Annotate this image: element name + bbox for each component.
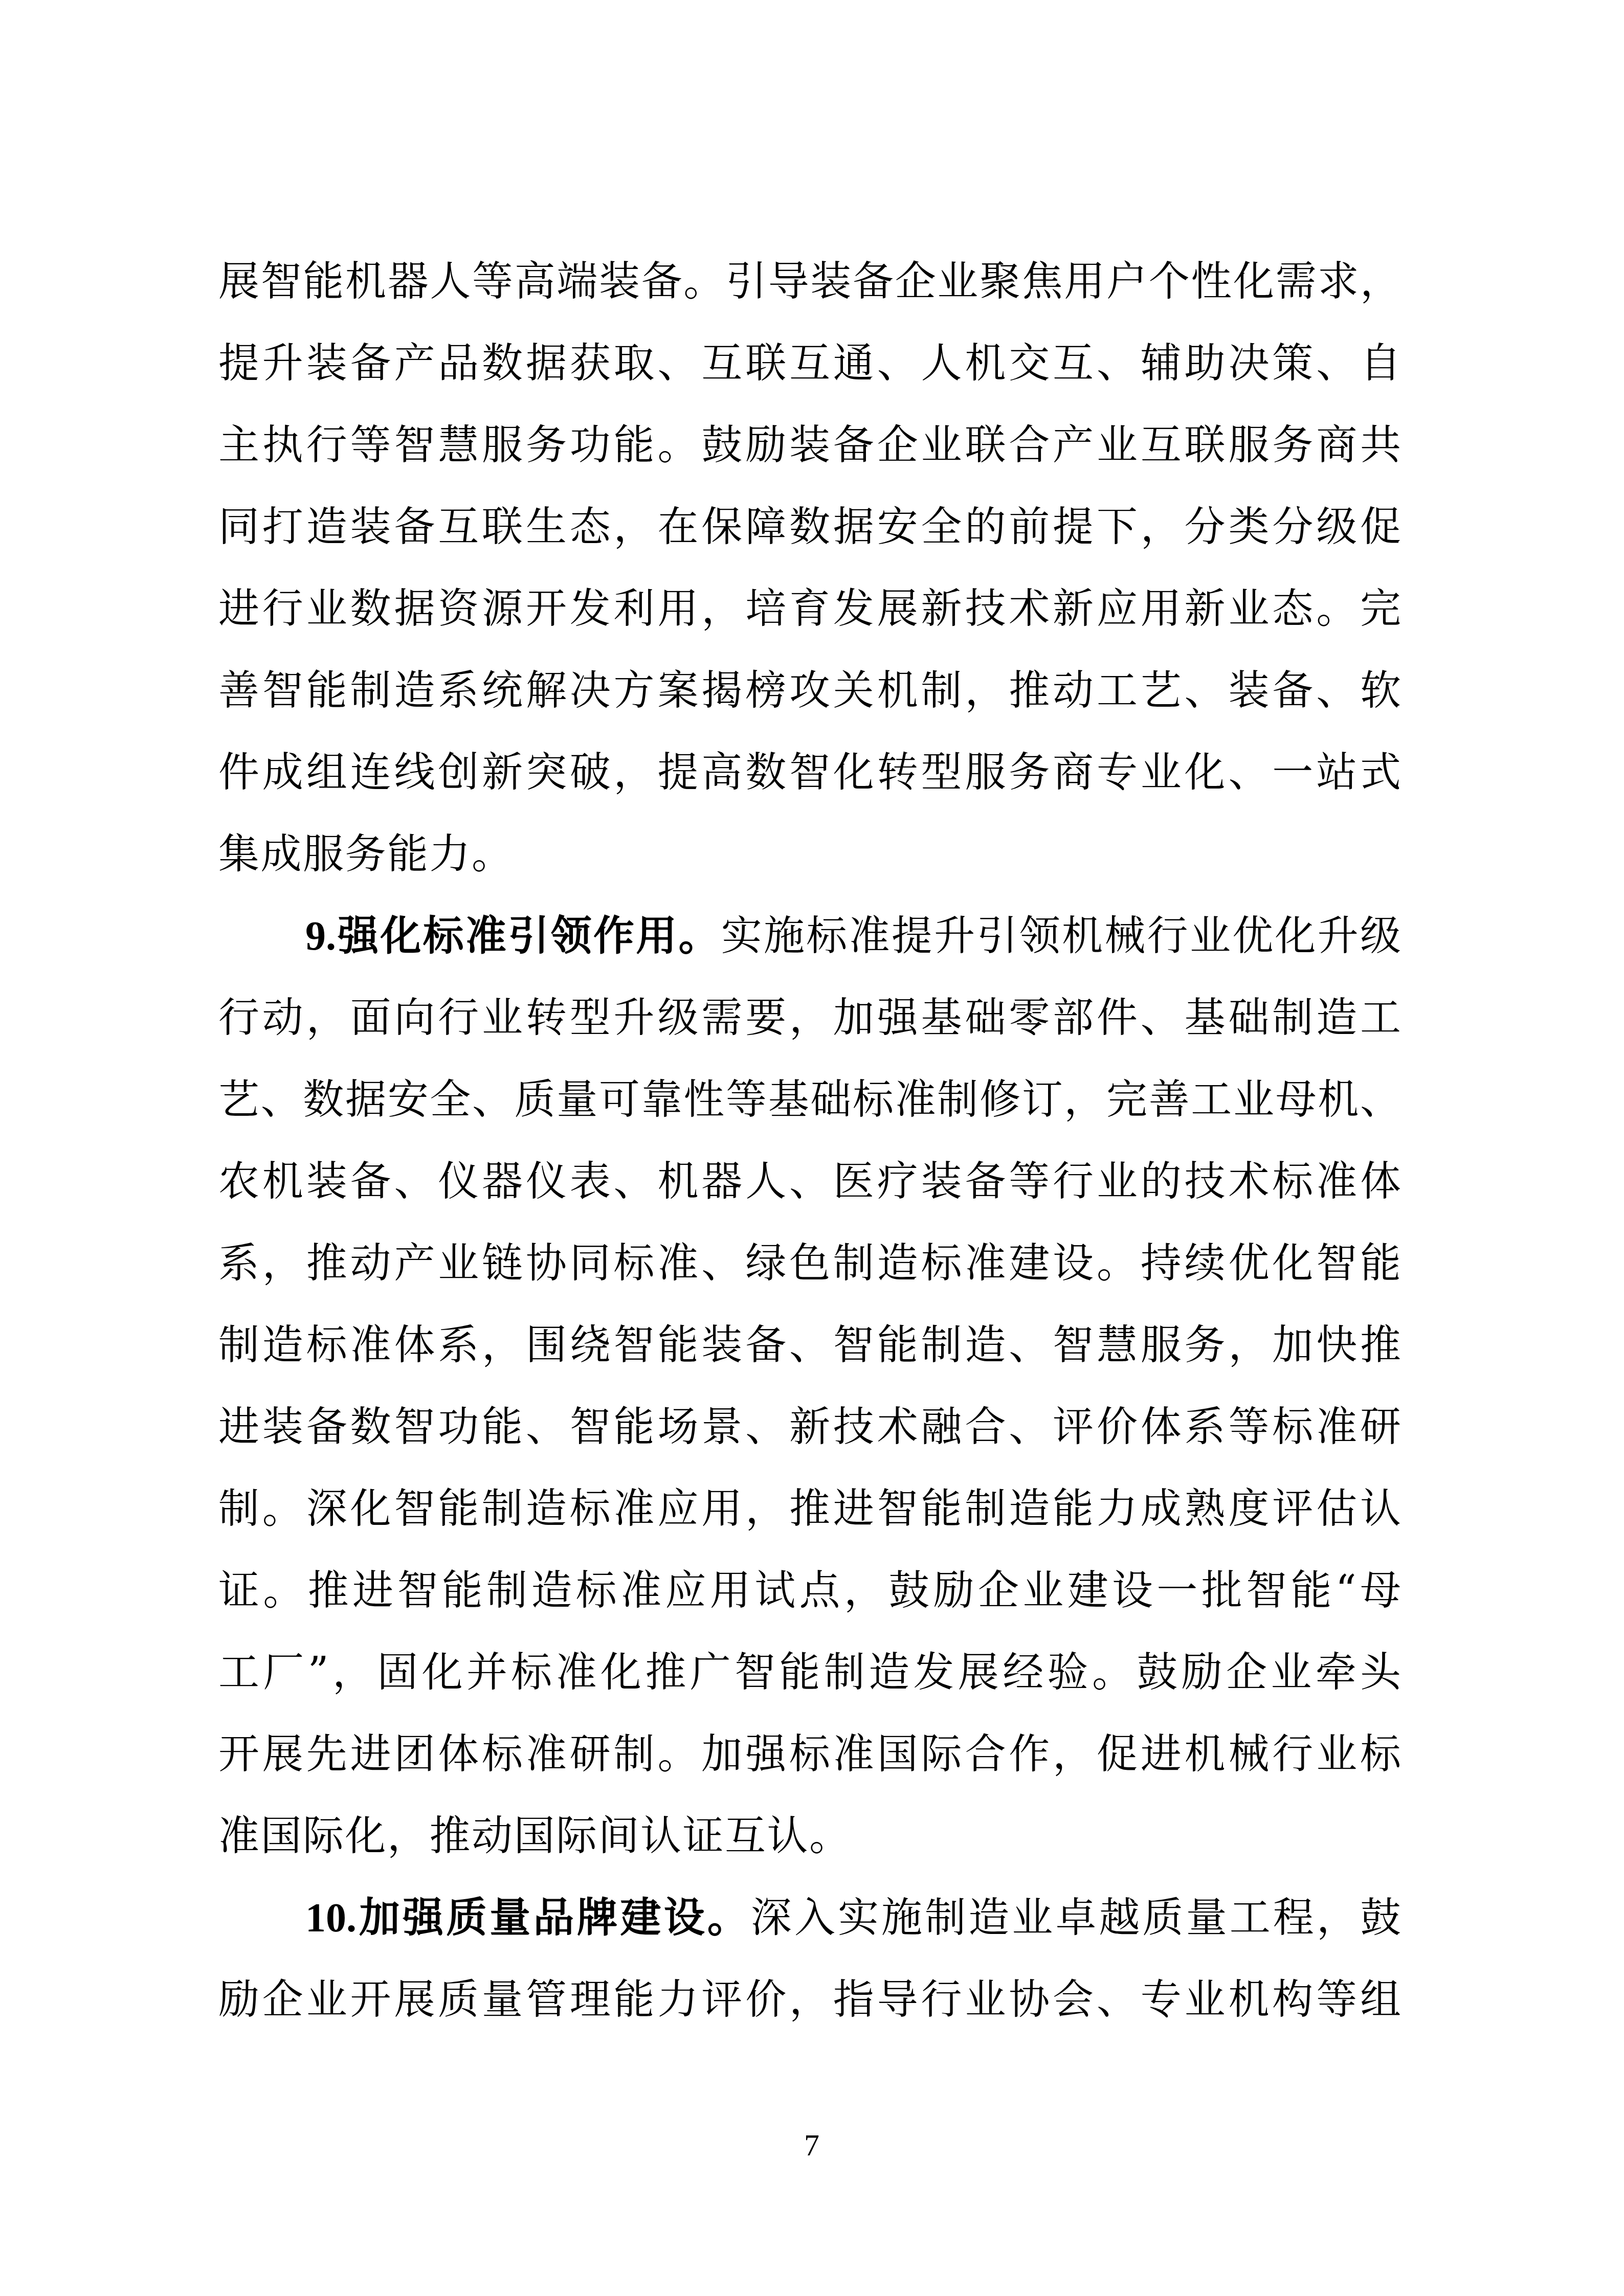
text-line: 制。深化智能制造标准应用，推进智能制造能力成熟度评估认 — [218, 1483, 1401, 1534]
text-line: 证。推进智能制造标准应用试点，鼓励企业建设一批智能“母 — [218, 1565, 1401, 1616]
text-line: 制造标准体系，围绕智能装备、智能制造、智慧服务，加快推 — [218, 1319, 1401, 1370]
section-heading-9: 9.强化标准引领作用。 — [305, 914, 721, 959]
text-line-with-heading: 10.加强质量品牌建设。深入实施制造业卓越质量工程，鼓 — [305, 1892, 1401, 1943]
text-line: 准国际化，推动国际间认证互认。 — [218, 1810, 1401, 1861]
text-line: 农机装备、仪器仪表、机器人、医疗装备等行业的技术标准体 — [218, 1156, 1401, 1207]
text-line: 艺、数据安全、质量可靠性等基础标准制修订，完善工业母机、 — [218, 1074, 1401, 1125]
page-number: 7 — [786, 2127, 837, 2163]
text-line: 励企业开展质量管理能力评价，指导行业协会、专业机构等组 — [218, 1974, 1401, 2025]
text-line: 展智能机器人等高端装备。引导装备企业聚焦用户个性化需求， — [218, 256, 1401, 307]
text-line: 开展先进团体标准研制。加强标准国际合作，促进机械行业标 — [218, 1728, 1401, 1780]
text-line-with-heading: 9.强化标准引领作用。实施标准提升引领机械行业优化升级 — [305, 910, 1401, 961]
text-run: 实施标准提升引领机械行业优化升级 — [721, 912, 1401, 959]
text-line: 系，推动产业链协同标准、绿色制造标准建设。持续优化智能 — [218, 1237, 1401, 1289]
text-line: 提升装备产品数据获取、互联互通、人机交互、辅助决策、自 — [218, 337, 1401, 389]
text-line: 进行业数据资源开发利用，培育发展新技术新应用新业态。完 — [218, 583, 1401, 634]
text-run: 深入实施制造业卓越质量工程，鼓 — [751, 1894, 1401, 1941]
text-line: 行动，面向行业转型升级需要，加强基础零部件、基础制造工 — [218, 992, 1401, 1043]
text-line: 同打造装备互联生态，在保障数据安全的前提下，分类分级促 — [218, 501, 1401, 552]
section-heading-10: 10.加强质量品牌建设。 — [305, 1896, 751, 1941]
text-line: 工厂”，固化并标准化推广智能制造发展经验。鼓励企业牵头 — [218, 1647, 1401, 1698]
text-line: 进装备数智功能、智能场景、新技术融合、评价体系等标准研 — [218, 1401, 1401, 1452]
document-page: 展智能机器人等高端装备。引导装备企业聚焦用户个性化需求， 提升装备产品数据获取、… — [0, 0, 1624, 2296]
text-line: 集成服务能力。 — [218, 828, 1401, 880]
text-line: 主执行等智慧服务功能。鼓励装备企业联合产业互联服务商共 — [218, 419, 1401, 470]
text-line: 件成组连线创新突破，提高数智化转型服务商专业化、一站式 — [218, 747, 1401, 798]
text-line: 善智能制造系统解决方案揭榜攻关机制，推动工艺、装备、软 — [218, 665, 1401, 716]
